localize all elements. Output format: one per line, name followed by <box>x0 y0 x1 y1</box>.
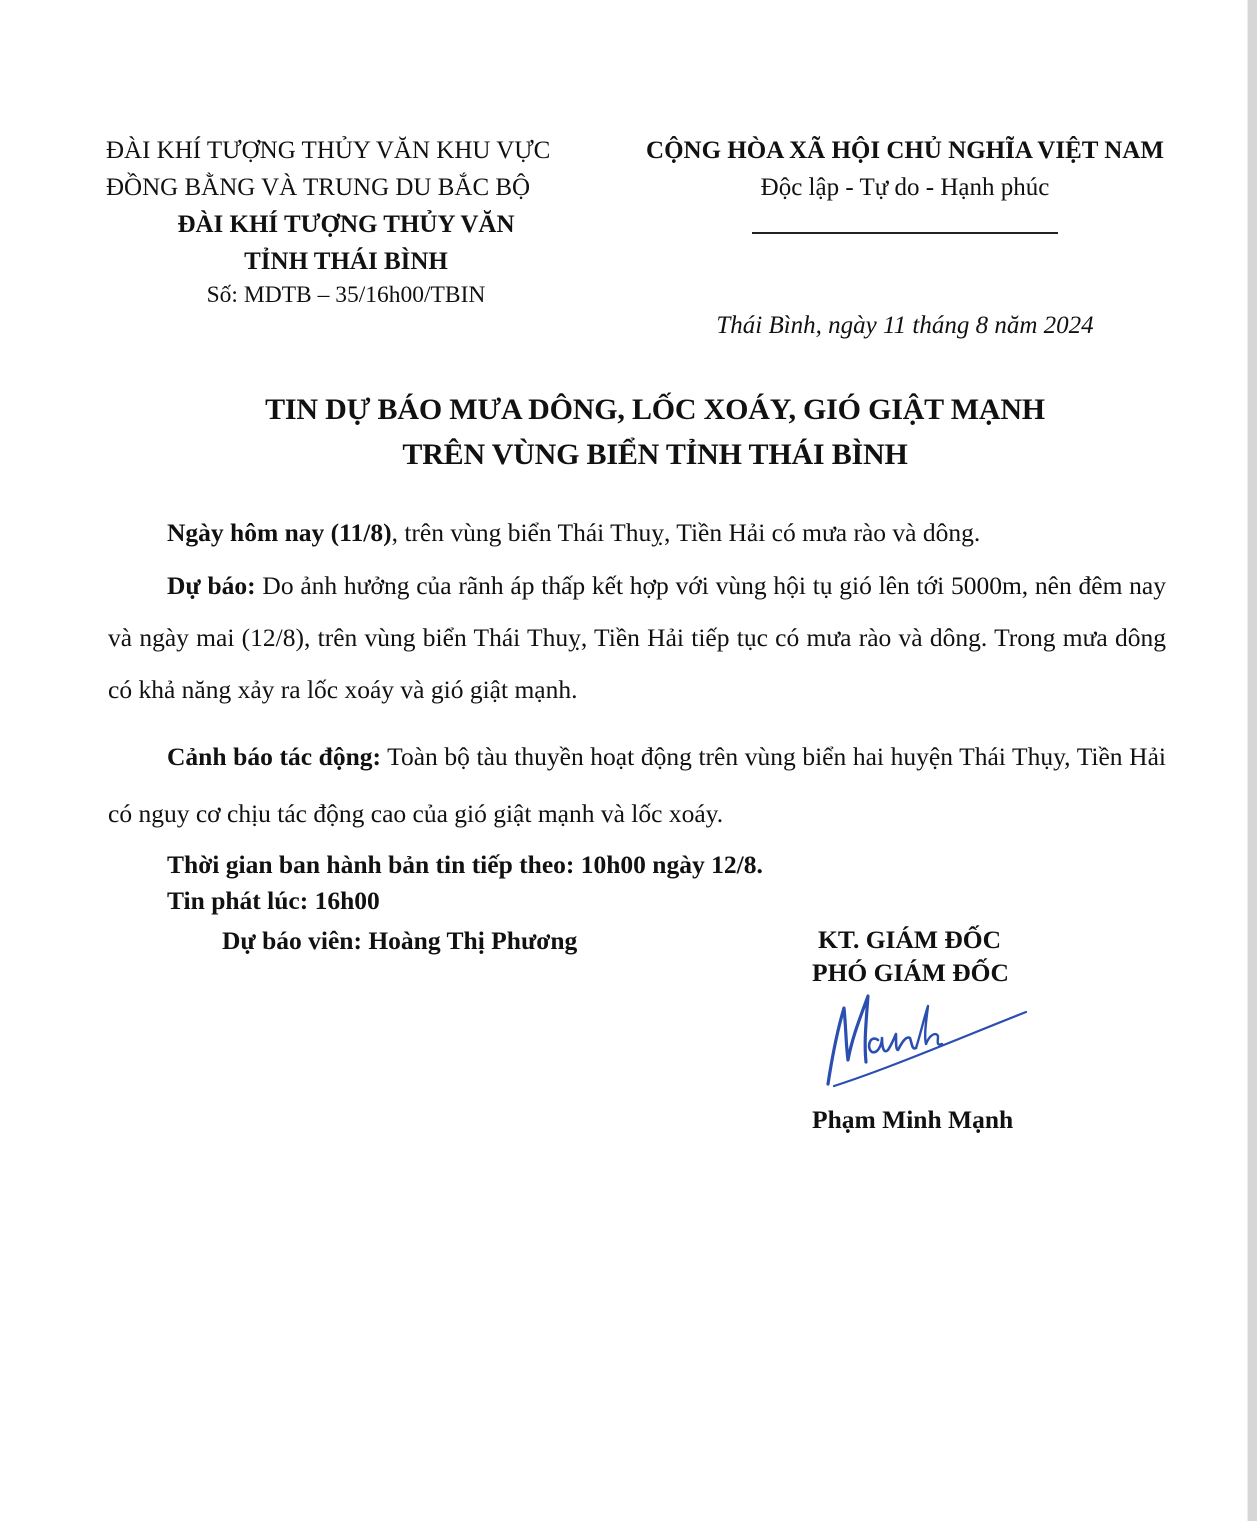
issued-time: Tin phát lúc: 16h00 <box>167 886 380 916</box>
signature-icon <box>820 988 1040 1098</box>
station-line-1: ĐÀI KHÍ TƯỢNG THỦY VĂN <box>96 206 596 243</box>
place-date: Thái Bình, ngày 11 tháng 8 năm 2024 <box>630 312 1180 340</box>
paragraph-today-text: , trên vùng biển Thái Thuỵ, Tiền Hải có … <box>392 518 981 547</box>
station-line-2: TỈNH THÁI BÌNH <box>96 243 596 280</box>
agency-header: ĐÀI KHÍ TƯỢNG THỦY VĂN KHU VỰC ĐỒNG BẰNG… <box>96 132 606 310</box>
signer-name: Phạm Minh Mạnh <box>812 1105 1013 1135</box>
paragraph-forecast: Dự báo: Do ảnh hưởng của rãnh áp thấp kế… <box>108 560 1166 716</box>
motto-underline <box>752 232 1058 234</box>
national-header: CỘNG HÒA XÃ HỘI CHỦ NGHĨA VIỆT NAM Độc l… <box>630 132 1180 234</box>
agency-line-2: ĐỒNG BẰNG VÀ TRUNG DU BẮC BỘ <box>96 169 606 206</box>
doc-title-line-1: TIN DỰ BÁO MƯA DÔNG, LỐC XOÁY, GIÓ GIẬT … <box>100 393 1210 427</box>
country-name: CỘNG HÒA XÃ HỘI CHỦ NGHĨA VIỆT NAM <box>630 132 1180 169</box>
paragraph-forecast-label: Dự báo: <box>167 571 256 600</box>
scrollbar[interactable] <box>1247 0 1257 1521</box>
motto: Độc lập - Tự do - Hạnh phúc <box>630 169 1180 206</box>
doc-number: Số: MDTB – 35/16h00/TBIN <box>96 280 596 310</box>
signature-title-2: PHÓ GIÁM ĐỐC <box>812 958 1009 988</box>
paragraph-today: Ngày hôm nay (11/8), trên vùng biển Thái… <box>108 507 1166 559</box>
signature-title-1: KT. GIÁM ĐỐC <box>818 925 1001 955</box>
forecaster-name: Dự báo viên: Hoàng Thị Phương <box>222 926 577 956</box>
doc-title-line-2: TRÊN VÙNG BIỂN TỈNH THÁI BÌNH <box>100 438 1210 472</box>
paragraph-warning-label: Cảnh báo tác động: <box>167 742 381 771</box>
agency-line-1: ĐÀI KHÍ TƯỢNG THỦY VĂN KHU VỰC <box>96 132 606 169</box>
paragraph-warning: Cảnh báo tác động: Toàn bộ tàu thuyền ho… <box>108 728 1166 842</box>
paragraph-forecast-text: Do ảnh hưởng của rãnh áp thấp kết hợp vớ… <box>108 571 1166 704</box>
next-issue-time: Thời gian ban hành bản tin tiếp theo: 10… <box>167 850 763 880</box>
paragraph-today-label: Ngày hôm nay (11/8) <box>167 518 392 547</box>
